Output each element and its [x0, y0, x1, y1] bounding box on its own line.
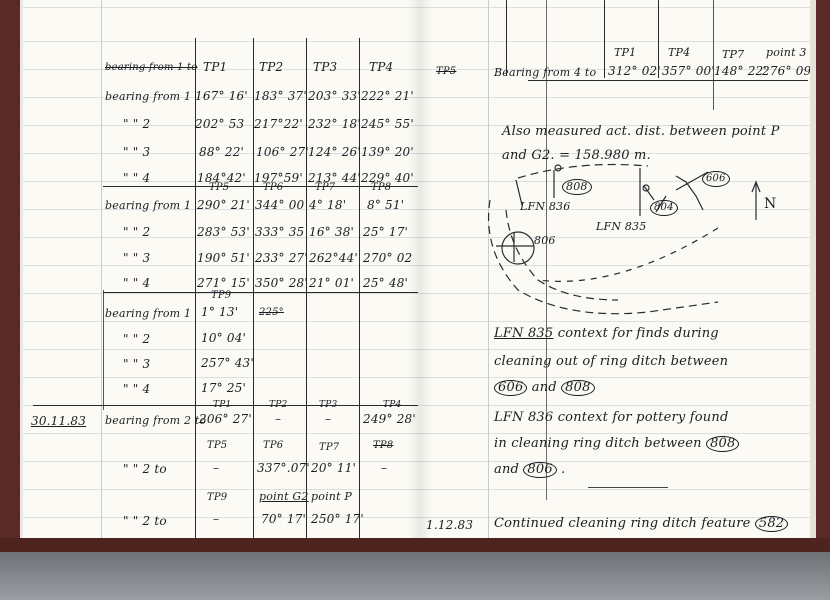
margin-line	[101, 0, 102, 538]
row-label: " " 2 to	[123, 514, 167, 528]
cell: 70° 17'	[261, 512, 306, 526]
col-header: TP2	[259, 60, 283, 74]
column-rule	[359, 38, 360, 538]
cell: 10° 04'	[201, 331, 246, 345]
cell: –	[213, 512, 219, 526]
cell: 233° 27'	[255, 251, 308, 265]
cell: 257° 43'	[201, 356, 254, 370]
section-divider	[588, 487, 668, 488]
feature-circle: 606	[702, 171, 730, 187]
sketch-label: 806	[534, 234, 556, 247]
cell: 283° 53'	[197, 225, 250, 239]
col-header: TP6	[263, 440, 283, 451]
cell: 333° 35	[255, 225, 304, 239]
cell: 190° 51'	[197, 251, 250, 265]
col-header: TP5	[209, 182, 229, 193]
cell: 8° 51'	[367, 198, 404, 212]
column-rule	[195, 38, 196, 538]
row-label: bearing from 1	[105, 307, 191, 320]
cell: –	[213, 461, 219, 475]
column-rule	[253, 38, 254, 538]
right-page: TP5 Bearing from 4 to TP1 TP4 TP7 point …	[418, 0, 816, 538]
row-label: " " 4	[123, 382, 150, 396]
cell: 206° 27'	[199, 412, 252, 426]
col-header: TP1	[213, 400, 231, 410]
row-label: bearing from 2 to	[105, 414, 206, 427]
sketch-label: LFN 835	[596, 220, 646, 233]
note-line: LFN 836 context for pottery found	[494, 410, 728, 425]
row-label: " " 2	[123, 332, 150, 346]
cell: 217°22'	[254, 117, 303, 131]
note-line: in cleaning ring ditch between 808	[494, 436, 739, 452]
cell: 262°44'	[309, 251, 358, 265]
left-page: bearing from 1 to TP1 TP2 TP3 TP4 bearin…	[20, 0, 419, 538]
feature-label: 804	[650, 200, 678, 216]
row-separator	[103, 292, 419, 293]
col-header: TP8	[373, 440, 393, 451]
col-header: TP6	[263, 182, 283, 193]
note-line: Continued cleaning ring ditch feature 58…	[494, 516, 788, 532]
cell: –	[325, 412, 331, 426]
col-header: TP8	[371, 182, 391, 193]
row-label: " " 4	[123, 171, 150, 185]
row-label: " " 2	[123, 117, 150, 131]
cell: 1° 13'	[201, 305, 238, 319]
cell: 290° 21'	[197, 198, 250, 212]
note-line: LFN 835 context for finds during	[494, 326, 719, 341]
cell: 232° 18'	[308, 117, 361, 131]
cell: 88° 22'	[199, 145, 244, 159]
cell: 20° 11'	[311, 461, 356, 475]
row-label: " " 3	[123, 145, 150, 159]
col-header: TP7	[315, 182, 335, 193]
row-label: bearing from 1	[105, 199, 191, 212]
row-label: " " 2	[123, 225, 150, 239]
note-line: cleaning out of ring ditch between	[494, 354, 728, 369]
cell: 124° 26'	[308, 145, 361, 159]
cell: 245° 55'	[361, 117, 414, 131]
cell: 183° 37'	[254, 89, 307, 103]
table-surface	[0, 552, 830, 600]
cell: 344° 00	[255, 198, 304, 212]
north-arrow-label: N	[764, 196, 776, 212]
column-rule	[103, 290, 104, 410]
col-header: TP2	[269, 400, 287, 410]
col-header: TP9	[211, 290, 231, 301]
feature-circle: 804	[650, 200, 678, 216]
cell: –	[381, 461, 387, 475]
row-label: bearing from 1	[105, 90, 191, 103]
struck-note: 225°	[259, 307, 284, 318]
entry-date: 30.11.83	[31, 414, 86, 428]
book-gutter	[408, 0, 432, 538]
col-header: TP5	[207, 440, 227, 451]
cell: 202° 53	[195, 117, 244, 131]
col-header: TP9	[207, 492, 227, 503]
cell: 203° 33'	[308, 89, 361, 103]
cell: 4° 18'	[309, 198, 346, 212]
feature-label: 606	[702, 171, 730, 187]
cell: 16° 38'	[309, 225, 354, 239]
cell: 250° 17'	[311, 512, 364, 526]
site-sketch	[418, 0, 810, 538]
row-label: " " 2 to	[123, 462, 167, 476]
cell: 270° 02	[363, 251, 412, 265]
cell: 350° 28'	[255, 276, 308, 290]
cell: 17° 25'	[201, 381, 246, 395]
col-header: TP4	[369, 60, 393, 74]
row-label: " " 3	[123, 251, 150, 265]
col-header: TP3	[313, 60, 337, 74]
struck-header: bearing from 1 to	[105, 62, 197, 73]
col-header: TP1	[203, 60, 227, 74]
col-header: TP3	[319, 400, 337, 410]
col-header: point P	[311, 490, 352, 503]
cell: 25° 17'	[363, 225, 408, 239]
feature-circle: 808	[562, 179, 592, 195]
feature-label: 808	[562, 179, 592, 195]
cell: –	[275, 412, 281, 426]
cell: 337°.07'	[257, 461, 310, 475]
row-label: " " 4	[123, 276, 150, 290]
note-line: 606 and 808	[494, 380, 595, 396]
row-label: " " 3	[123, 357, 150, 371]
cell: 167° 16'	[195, 89, 248, 103]
cell: 139° 20'	[361, 145, 414, 159]
cell: 21° 01'	[309, 276, 354, 290]
cell: 222° 21'	[361, 89, 414, 103]
col-header: point G2	[259, 490, 309, 503]
cell: 25° 48'	[363, 276, 408, 290]
sketch-label: LFN 836	[520, 200, 570, 213]
cell: 106° 27'	[256, 145, 309, 159]
note-line: and 806 .	[494, 462, 565, 478]
cell: 271° 15'	[197, 276, 250, 290]
col-header: TP7	[319, 442, 339, 453]
col-header: TP4	[383, 400, 401, 410]
entry-date: 1.12.83	[426, 518, 473, 532]
